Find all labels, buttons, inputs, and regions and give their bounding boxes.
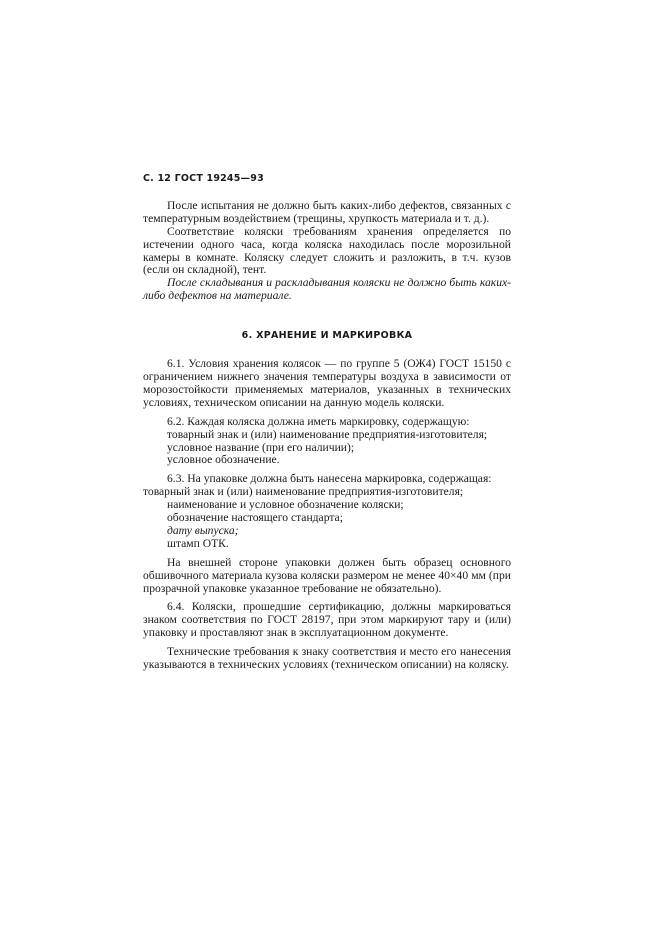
- document-page: С. 12 ГОСТ 19245—93 После испытания не д…: [143, 173, 511, 672]
- paragraph-no-defects: После испытания не должно быть каких-либ…: [143, 200, 511, 226]
- paragraph-storage-compliance: Соответствие коляски требованиям хранени…: [143, 226, 511, 278]
- clause-6-2-item: условное обозначение.: [143, 454, 511, 467]
- clause-6-3-item: дату выпуска;: [143, 525, 511, 538]
- clause-6-3-item: штамп ОТК.: [143, 538, 511, 551]
- clause-6-3-item: обозначение настоящего стандарта;: [143, 512, 511, 525]
- clause-6-3-sample: На внешней стороне упаковки должен быть …: [143, 557, 511, 596]
- section-title: 6. ХРАНЕНИЕ И МАРКИРОВКА: [143, 330, 511, 343]
- clause-6-2-lead: 6.2. Каждая коляска должна иметь маркиро…: [143, 416, 511, 429]
- clause-6-4: 6.4. Коляски, прошедшие сертификацию, до…: [143, 601, 511, 640]
- clause-6-2-item: товарный знак и (или) наименование предп…: [143, 429, 511, 442]
- paragraph-after-folding: После складывания и раскладывания коляск…: [143, 277, 511, 303]
- clause-6-1: 6.1. Условия хранения колясок — по групп…: [143, 358, 511, 410]
- paragraph-technical-requirements: Технические требования к знаку соответст…: [143, 646, 511, 672]
- page-header: С. 12 ГОСТ 19245—93: [143, 173, 511, 186]
